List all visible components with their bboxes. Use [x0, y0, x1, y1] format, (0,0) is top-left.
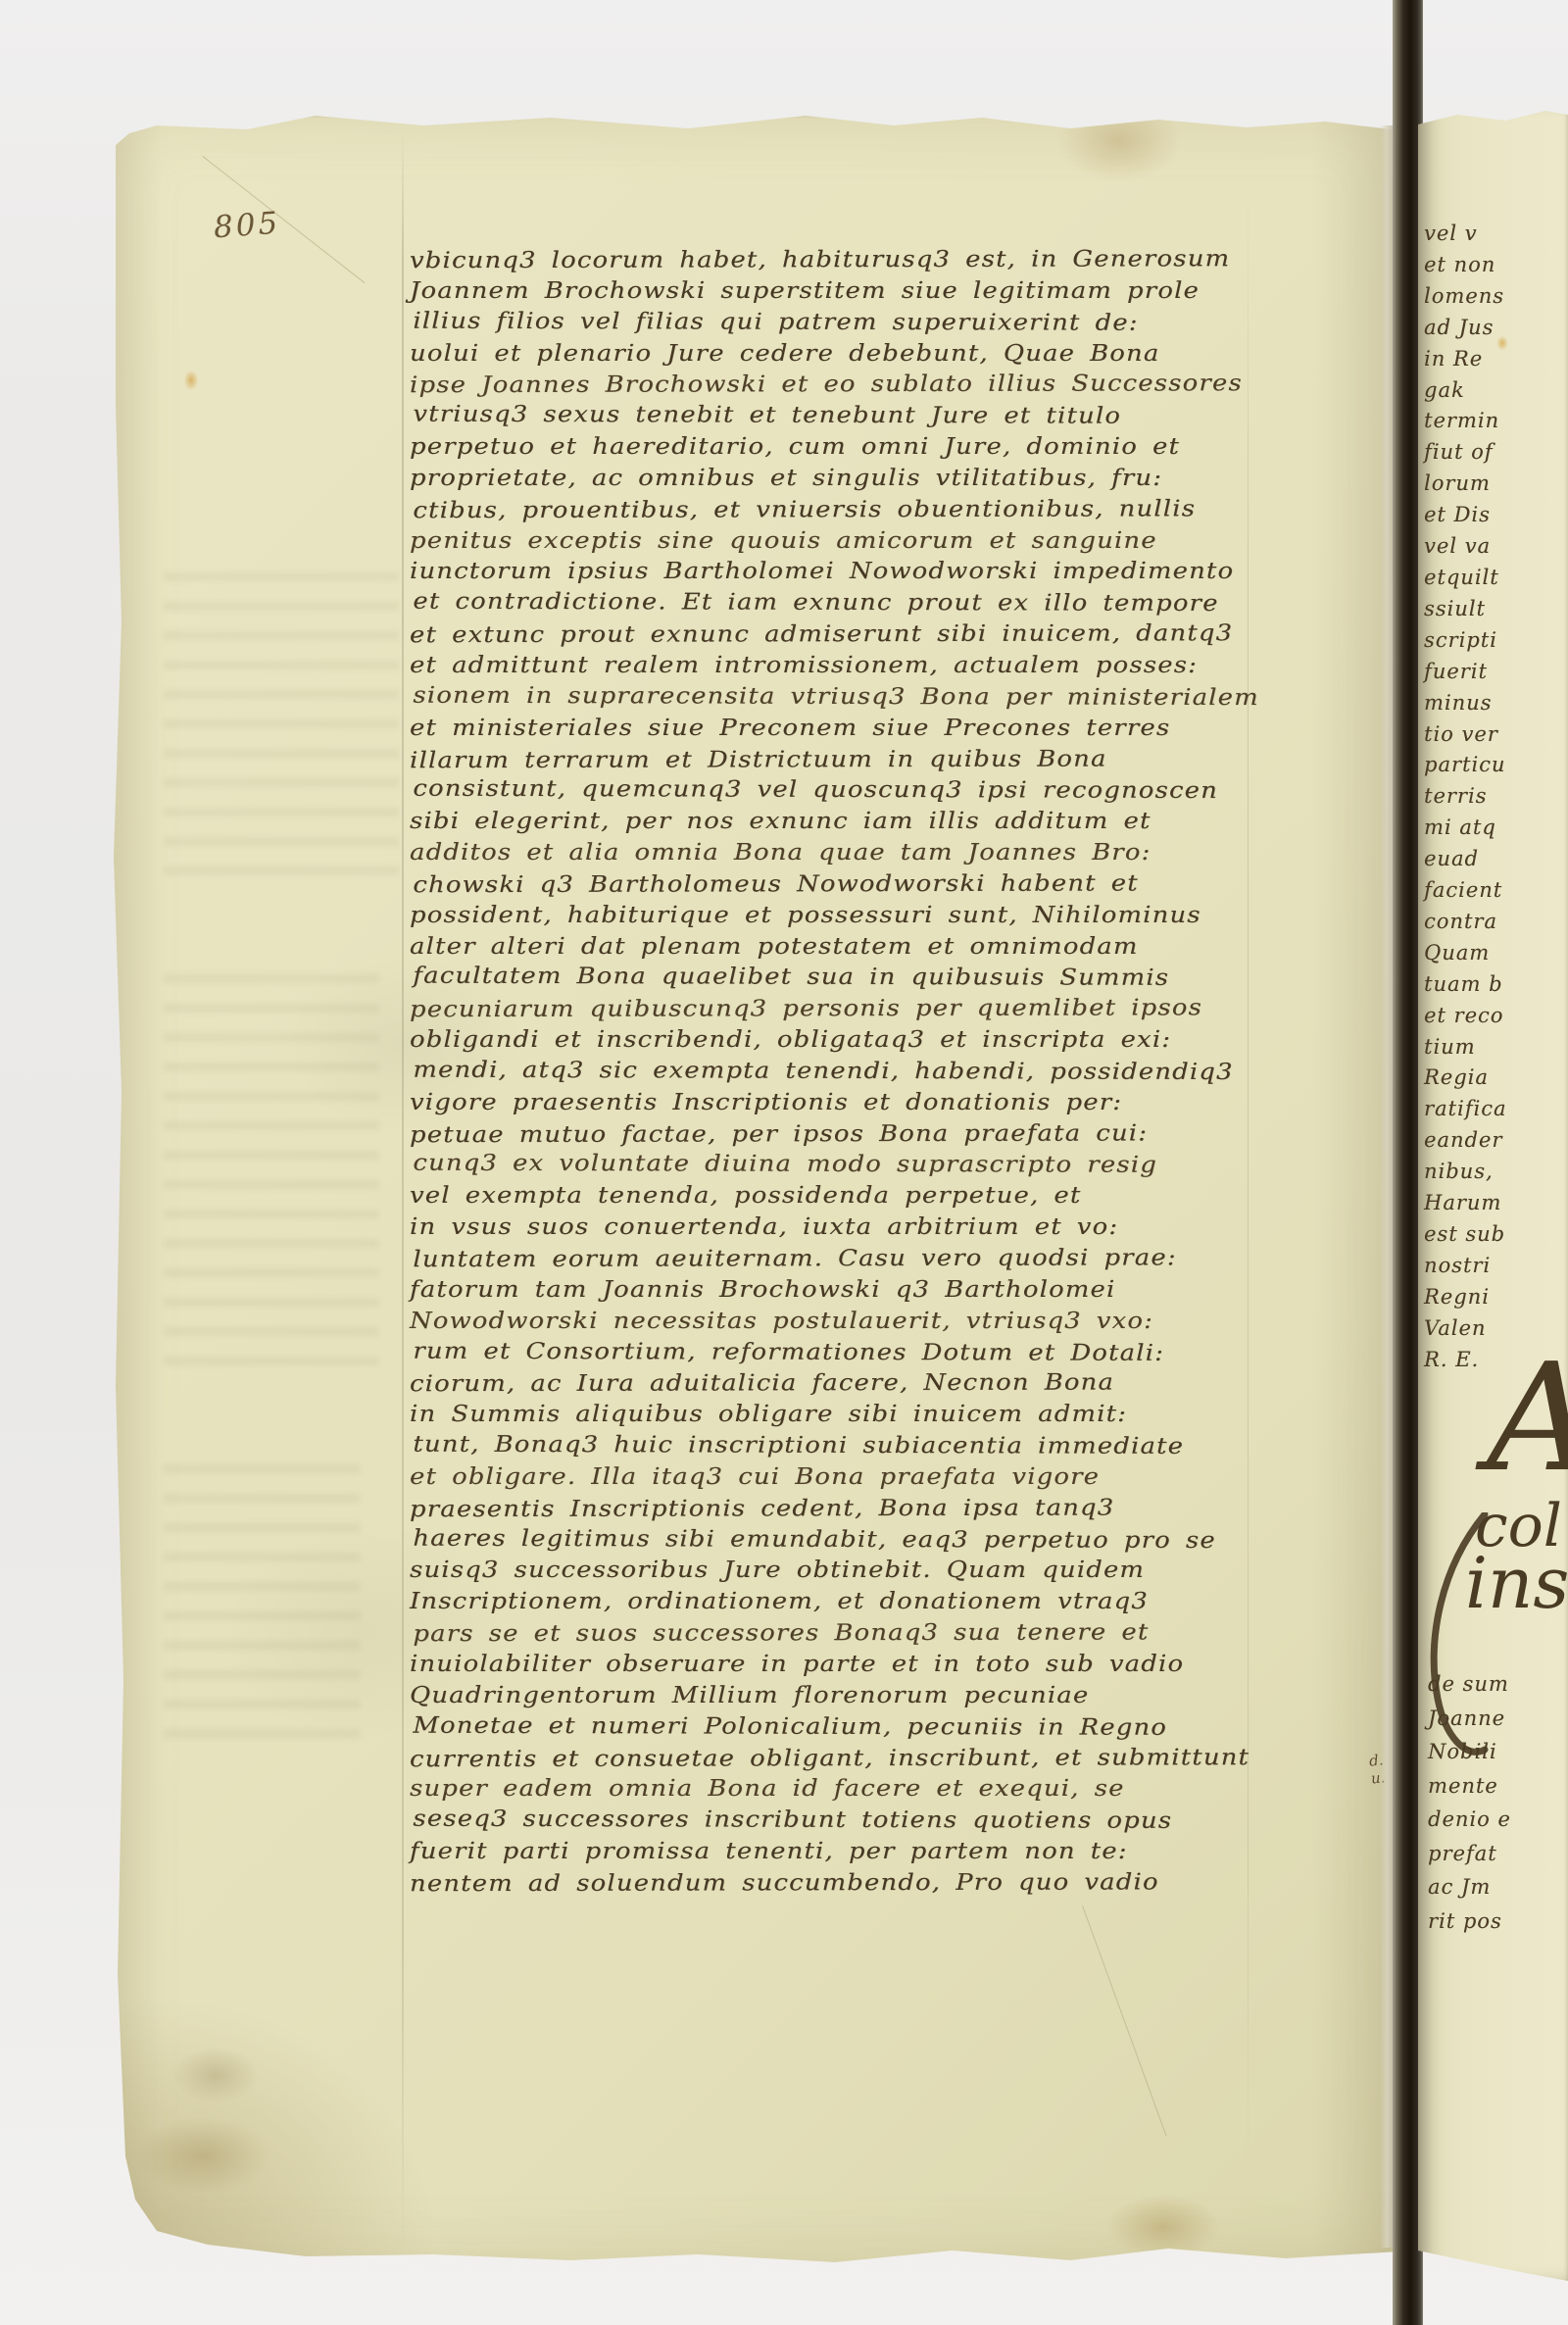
manuscript-text-line: fatorum tam Joannis Brochowski q3 Bartho…: [410, 1275, 1376, 1307]
manuscript-text-line: et admittunt realem intromissionem, actu…: [410, 651, 1376, 682]
recto-text-fragment: vel va: [1424, 531, 1506, 563]
manuscript-text-line: haeres legitimus sibi emundabit, eaq3 pe…: [413, 1523, 1375, 1558]
manuscript-text-line: additos et alia omnia Bona quae tam Joan…: [410, 838, 1376, 869]
manuscript-text-line: iunctorum ipsius Bartholomei Nowodworski…: [410, 557, 1376, 588]
recto-text-fragment: Regni: [1424, 1282, 1506, 1313]
manuscript-text-line: in Summis aliquibus obligare sibi inuice…: [410, 1400, 1376, 1431]
recto-text-fragment: facient: [1424, 875, 1506, 907]
recto-text-fragment: et Dis: [1424, 500, 1506, 531]
recto-text-fragment: lorum: [1424, 469, 1506, 500]
manuscript-text-line: obligandi et inscribendi, obligataq3 et …: [410, 1025, 1376, 1057]
manuscript-text-line: illius filios vel filias qui patrem supe…: [413, 306, 1375, 340]
manuscript-text-line: vel exempta tenenda, possidenda perpetue…: [410, 1181, 1376, 1212]
recto-text-fragment: et non: [1424, 250, 1506, 281]
manuscript-text-line: sionem in suprarecensita vtriusq3 Bona p…: [413, 680, 1375, 715]
recto-text-fragment: gak: [1424, 375, 1506, 407]
recto-text-fragment: ratifica: [1424, 1094, 1506, 1125]
manuscript-text-line: Nowodworski necessitas postulauerit, vtr…: [410, 1307, 1376, 1338]
recto-text-fragment: fiut of: [1424, 437, 1506, 469]
recto-text-fragment: ssiult: [1424, 594, 1506, 625]
manuscript-text-line: petuae mutuo factae, per ipsos Bona prae…: [410, 1117, 1376, 1151]
left-parchment-page: 805 vbicunq3 locorum habet, habiturusq3 …: [110, 112, 1401, 2264]
manuscript-text-line: vigore praesentis Inscriptionis et donat…: [410, 1088, 1376, 1119]
manuscript-text-line: praesentis Inscriptionis cedent, Bona ip…: [410, 1493, 1376, 1526]
recto-display-word: insc: [1465, 1548, 1568, 1618]
recto-text-fragment: nostri: [1424, 1251, 1506, 1282]
recto-text-fragment: contra: [1424, 907, 1506, 938]
manuscript-text-line: seseq3 successores inscribunt totiens qu…: [413, 1805, 1375, 1839]
recto-text-fragment: euad: [1424, 844, 1506, 875]
recto-text-fragment: etquilt: [1424, 563, 1506, 594]
manuscript-text-line: facultatem Bona quaelibet sua in quibusu…: [413, 962, 1375, 996]
recto-text-fragment: particu: [1424, 750, 1506, 781]
recto-text-fragment: et reco: [1424, 1001, 1506, 1032]
manuscript-text-block: vbicunq3 locorum habet, habiturusq3 est,…: [410, 245, 1376, 1900]
margin-rule-line: [402, 131, 404, 2249]
recto-text-fragment: lomens: [1424, 281, 1506, 313]
manuscript-text-line: ipse Joannes Brochowski et eo sublato il…: [410, 369, 1376, 402]
recto-text-fragment: Nobili: [1428, 1735, 1511, 1769]
manuscript-text-line: penitus exceptis sine quouis amicorum et…: [410, 526, 1376, 558]
recto-text-fragment: nibus,: [1424, 1157, 1506, 1188]
recto-text-fragment: Quam: [1424, 938, 1506, 969]
recto-text-fragment: tio ver: [1424, 719, 1506, 751]
manuscript-text-line: alter alteri dat plenam potestatem et om…: [410, 932, 1376, 964]
recto-text-fragment: mi atq: [1424, 813, 1506, 844]
manuscript-text-line: Monetae et numeri Polonicalium, pecuniis…: [413, 1710, 1375, 1745]
manuscript-text-line: in vsus suos conuertenda, iuxta arbitriu…: [410, 1212, 1376, 1244]
manuscript-text-line: suisq3 successoribus Jure obtinebit. Qua…: [410, 1556, 1376, 1587]
recto-text-fragment: Joanne: [1428, 1702, 1511, 1736]
manuscript-text-line: proprietate, ac omnibus et singulis vtil…: [410, 464, 1376, 495]
manuscript-text-line: currentis et consuetae obligant, inscrib…: [410, 1742, 1376, 1775]
recto-text-fragment: ac Jm: [1428, 1870, 1511, 1905]
manuscript-text-line: illarum terrarum et Districtuum in quibu…: [410, 743, 1376, 776]
manuscript-text-line: uolui et plenario Jure cedere debebunt, …: [410, 339, 1376, 371]
manuscript-text-line: cunq3 ex voluntate diuina modo suprascri…: [413, 1149, 1375, 1183]
recto-text-fragment: vel v: [1424, 219, 1506, 250]
recto-text-fragment: in Re: [1424, 344, 1506, 375]
manuscript-text-line: vtriusq3 sexus tenebit et tenebunt Jure …: [413, 400, 1375, 434]
folio-number: 805: [213, 206, 282, 246]
manuscript-scan-background: 805 vbicunq3 locorum habet, habiturusq3 …: [0, 0, 1568, 2325]
manuscript-text-line: vbicunq3 locorum habet, habiturusq3 est,…: [410, 244, 1376, 277]
recto-lower-fragments: de sumJoanneNobilimentedenio eprefatac J…: [1428, 1667, 1511, 1938]
recto-text-fragment: fuerit: [1424, 657, 1506, 688]
recto-text-fragment: tium: [1424, 1032, 1506, 1064]
recto-text-fragment: Regia: [1424, 1063, 1506, 1094]
recto-text-fragment: tuam b: [1424, 969, 1506, 1001]
manuscript-text-line: Quadringentorum Millium florenorum pecun…: [410, 1681, 1376, 1712]
manuscript-text-line: Inscriptionem, ordinationem, et donation…: [410, 1587, 1376, 1618]
recto-text-fragment: eander: [1424, 1125, 1506, 1157]
manuscript-text-line: possident, habiturique et possessuri sun…: [410, 901, 1376, 932]
manuscript-text-line: super eadem omnia Bona id facere et exeq…: [410, 1774, 1376, 1806]
manuscript-text-line: ciorum, ac Iura aduitalicia facere, Necn…: [410, 1367, 1376, 1401]
recto-text-fragment: est sub: [1424, 1219, 1506, 1251]
manuscript-text-line: sibi elegerint, per nos exnunc iam illis…: [410, 807, 1376, 838]
manuscript-text-line: rum et Consortium, reformationes Dotum e…: [413, 1336, 1375, 1370]
manuscript-text-line: Joannem Brochowski superstitem siue legi…: [410, 276, 1376, 308]
ink-bleedthrough: [164, 572, 399, 896]
recto-text-fragment: ad Jus: [1424, 313, 1506, 344]
ink-bleedthrough: [164, 1464, 360, 1758]
manuscript-text-line: pecuniarum quibuscunq3 personis per quem…: [410, 993, 1376, 1026]
manuscript-text-line: nentem ad soluendum succumbendo, Pro quo…: [410, 1867, 1376, 1901]
recto-text-fragment: Harum: [1424, 1188, 1506, 1219]
recto-text-fragment: denio e: [1428, 1803, 1511, 1837]
manuscript-text-line: tunt, Bonaq3 huic inscriptioni subiacent…: [413, 1430, 1375, 1464]
manuscript-text-line: ctibus, prouentibus, et vniuersis obuent…: [413, 494, 1375, 527]
manuscript-text-line: et obligare. Illa itaq3 cui Bona praefat…: [410, 1462, 1376, 1494]
right-parchment-page: vel vet nonlomensad Jusin Regakterminfiu…: [1418, 101, 1568, 2283]
recto-text-fragment: terris: [1424, 781, 1506, 813]
ink-bleedthrough: [164, 974, 379, 1386]
recto-text-fragment: termin: [1424, 406, 1506, 437]
recto-text-fragment: mente: [1428, 1769, 1511, 1804]
manuscript-text-line: et contradictione. Et iam exnunc prout e…: [413, 587, 1375, 621]
recto-text-fragment: rit pos: [1428, 1905, 1511, 1939]
crease-line: [1082, 1905, 1166, 2136]
recto-display-initial: A: [1487, 1344, 1568, 1493]
recto-text-fragment: prefat: [1428, 1837, 1511, 1871]
recto-text-fragment: de sum: [1428, 1667, 1511, 1702]
manuscript-text-line: consistunt, quemcunq3 vel quoscunq3 ipsi…: [413, 774, 1375, 809]
manuscript-text-line: et extunc prout exnunc admiserunt sibi i…: [410, 618, 1376, 652]
manuscript-text-line: luntatem eorum aeuiternam. Casu vero quo…: [413, 1243, 1375, 1276]
manuscript-text-line: fuerit parti promissa tenenti, per parte…: [410, 1837, 1376, 1868]
manuscript-text-line: perpetuo et haereditario, cum omni Jure,…: [410, 432, 1376, 464]
manuscript-text-line: mendi, atq3 sic exempta tenendi, habendi…: [413, 1056, 1375, 1090]
manuscript-text-line: inuiolabiliter obseruare in parte et in …: [410, 1650, 1376, 1681]
manuscript-text-line: pars se et suos successores Bonaq3 sua t…: [413, 1617, 1375, 1651]
manuscript-text-line: et ministeriales siue Preconem siue Prec…: [410, 714, 1376, 745]
recto-text-fragment: minus: [1424, 688, 1506, 719]
manuscript-text-line: chowski q3 Bartholomeus Nowodworski habe…: [413, 868, 1375, 902]
recto-text-fragment: scripti: [1424, 625, 1506, 657]
recto-upper-fragments: vel vet nonlomensad Jusin Regakterminfiu…: [1424, 219, 1506, 1376]
